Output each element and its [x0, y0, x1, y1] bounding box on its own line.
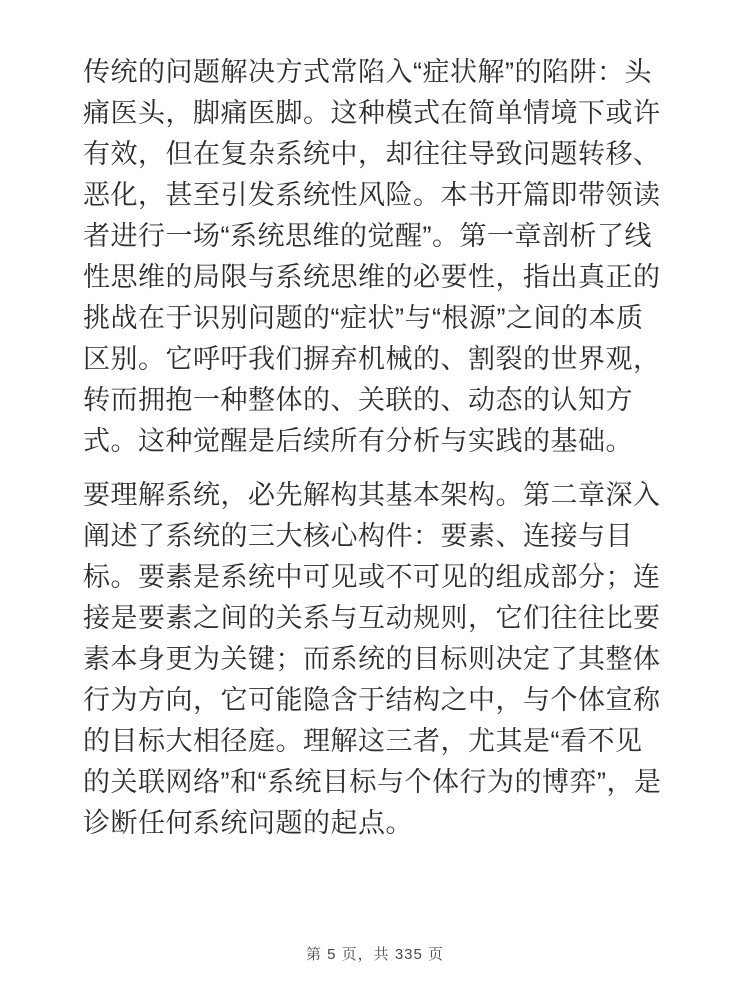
- document-page: 传统的问题解决方式常陷入“症状解”的陷阱：头痛医头，脚痛医脚。这种模式在简单情境…: [0, 0, 750, 1000]
- paragraph-1: 传统的问题解决方式常陷入“症状解”的陷阱：头痛医头，脚痛医脚。这种模式在简单情境…: [83, 52, 669, 462]
- paragraph-2: 要理解系统，必先解构其基本架构。第二章深入阐述了系统的三大核心构件：要素、连接与…: [83, 475, 669, 844]
- text-content: 传统的问题解决方式常陷入“症状解”的陷阱：头痛医头，脚痛医脚。这种模式在简单情境…: [83, 52, 669, 857]
- page-number-indicator: 第 5 页，共 335 页: [0, 943, 750, 964]
